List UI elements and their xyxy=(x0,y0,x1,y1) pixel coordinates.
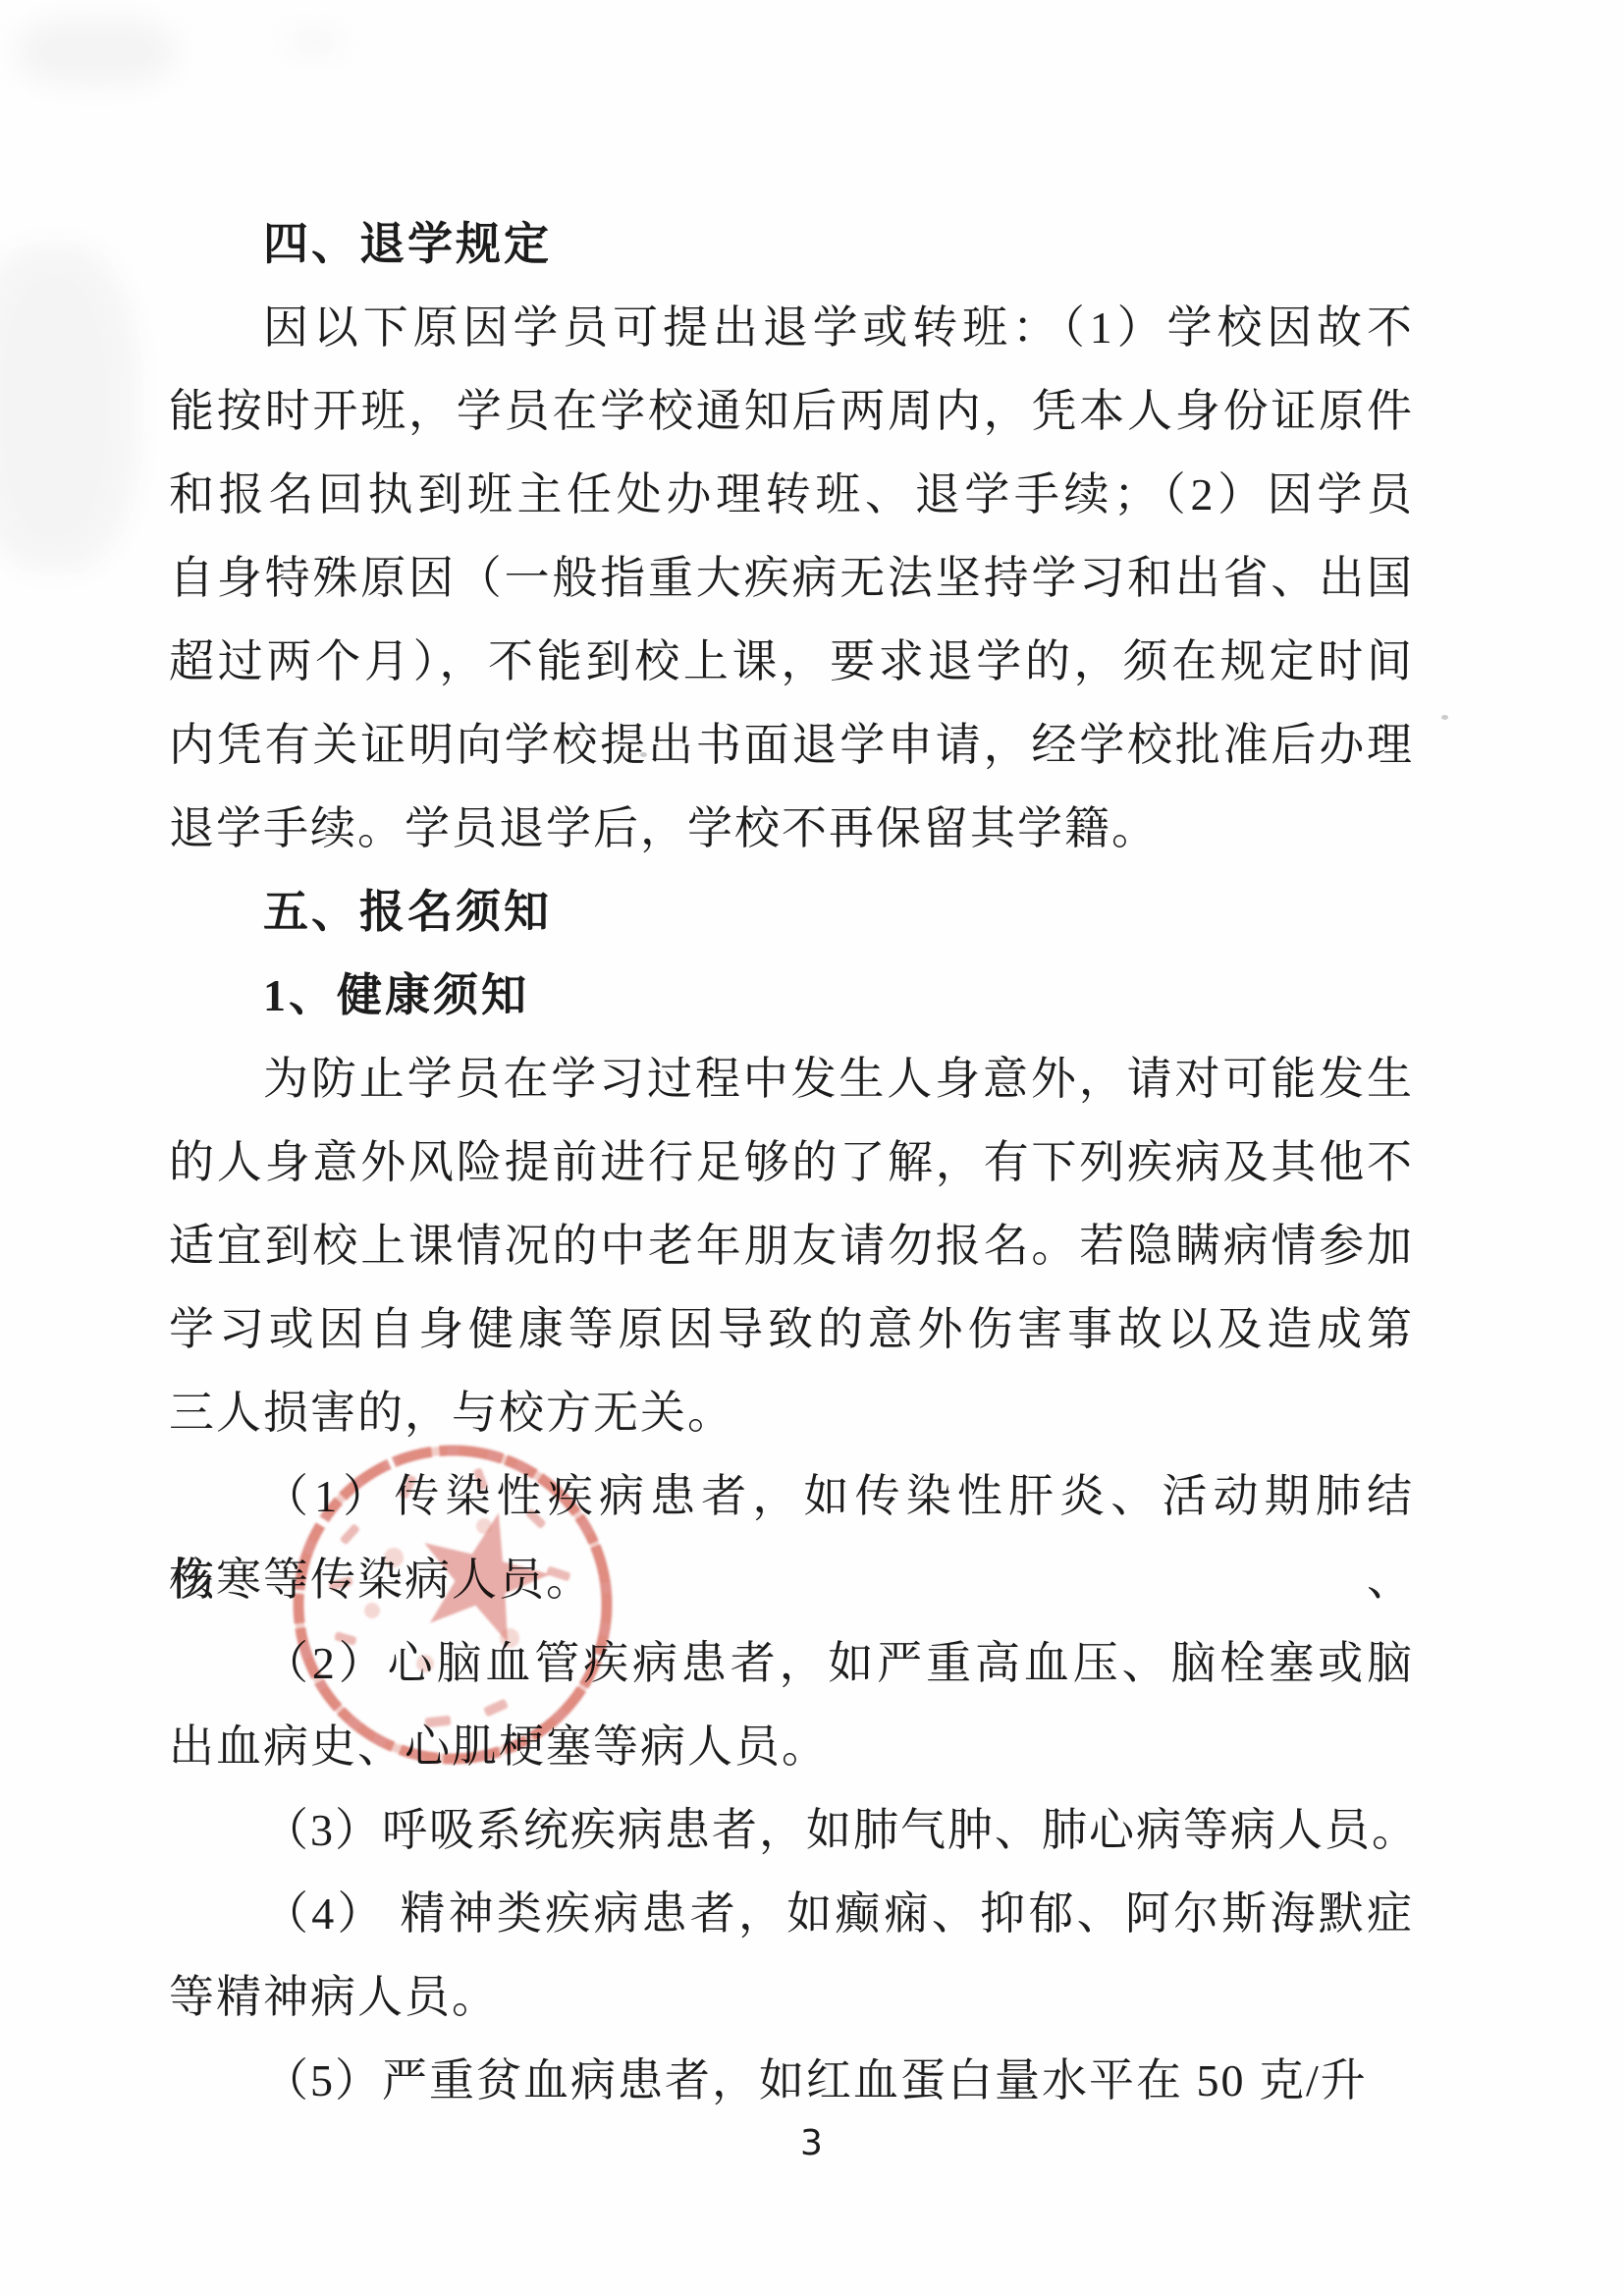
list-item-1: （1）传染性疾病患者，如传染性肝炎、活动期肺结核、 xyxy=(169,1454,1414,1538)
text-line: 退学手续。学员退学后，学校不再保留其学籍。 xyxy=(169,787,1414,870)
scanned-document-page: { "document": { "lines": [ {"text": "四、退… xyxy=(0,0,1623,2296)
text-line: 能按时开班，学员在学校通知后两周内，凭本人身份证原件 xyxy=(169,369,1414,453)
text-line: 三人损害的，与校方无关。 xyxy=(169,1371,1414,1454)
text-line: 内凭有关证明向学校提出书面退学申请，经学校批准后办理 xyxy=(169,703,1414,787)
section-heading-withdrawal: 四、退学规定 xyxy=(169,202,1414,286)
text-line: 和报名回执到班主任处办理转班、退学手续；（2）因学员 xyxy=(169,453,1414,536)
text-line: 为防止学员在学习过程中发生人身意外，请对可能发生 xyxy=(169,1037,1414,1121)
scan-smudge xyxy=(18,18,175,86)
list-item-3: （3）呼吸系统疾病患者，如肺气肿、肺心病等病人员。 xyxy=(169,1788,1414,1872)
list-item-4: （4） 精神类疾病患者，如癫痫、抑郁、阿尔斯海默症 xyxy=(169,1872,1414,1955)
page-number: 3 xyxy=(0,2123,1623,2163)
text-line: 超过两个月），不能到校上课，要求退学的，须在规定时间 xyxy=(169,620,1414,703)
list-item-5: （5）严重贫血病患者，如红血蛋白量水平在 50 克/升 xyxy=(169,2039,1414,2122)
scan-smudge xyxy=(0,246,137,570)
scan-smudge xyxy=(285,29,344,55)
page-background: 四、退学规定 因以下原因学员可提出退学或转班：（1）学校因故不 能按时开班，学员… xyxy=(0,0,1623,2296)
scan-speck xyxy=(1441,715,1448,720)
text-line: 学习或因自身健康等原因导致的意外伤害事故以及造成第 xyxy=(169,1287,1414,1371)
text-line: 等精神病人员。 xyxy=(169,1955,1414,2039)
text-line: 因以下原因学员可提出退学或转班：（1）学校因故不 xyxy=(169,286,1414,369)
text-line: 出血病史、心肌梗塞等病人员。 xyxy=(169,1705,1414,1788)
text-line: 的人身意外风险提前进行足够的了解，有下列疾病及其他不 xyxy=(169,1121,1414,1204)
text-line: 自身特殊原因（一般指重大疾病无法坚持学习和出省、出国 xyxy=(169,536,1414,620)
list-item-2: （2）心脑血管疾病患者，如严重高血压、脑栓塞或脑 xyxy=(169,1621,1414,1705)
text-line: 适宜到校上课情况的中老年朋友请勿报名。若隐瞒病情参加 xyxy=(169,1204,1414,1287)
subsection-heading-health: 1、健康须知 xyxy=(169,954,1414,1037)
document-body: 四、退学规定 因以下原因学员可提出退学或转班：（1）学校因故不 能按时开班，学员… xyxy=(169,202,1414,2122)
section-heading-registration: 五、报名须知 xyxy=(169,870,1414,954)
